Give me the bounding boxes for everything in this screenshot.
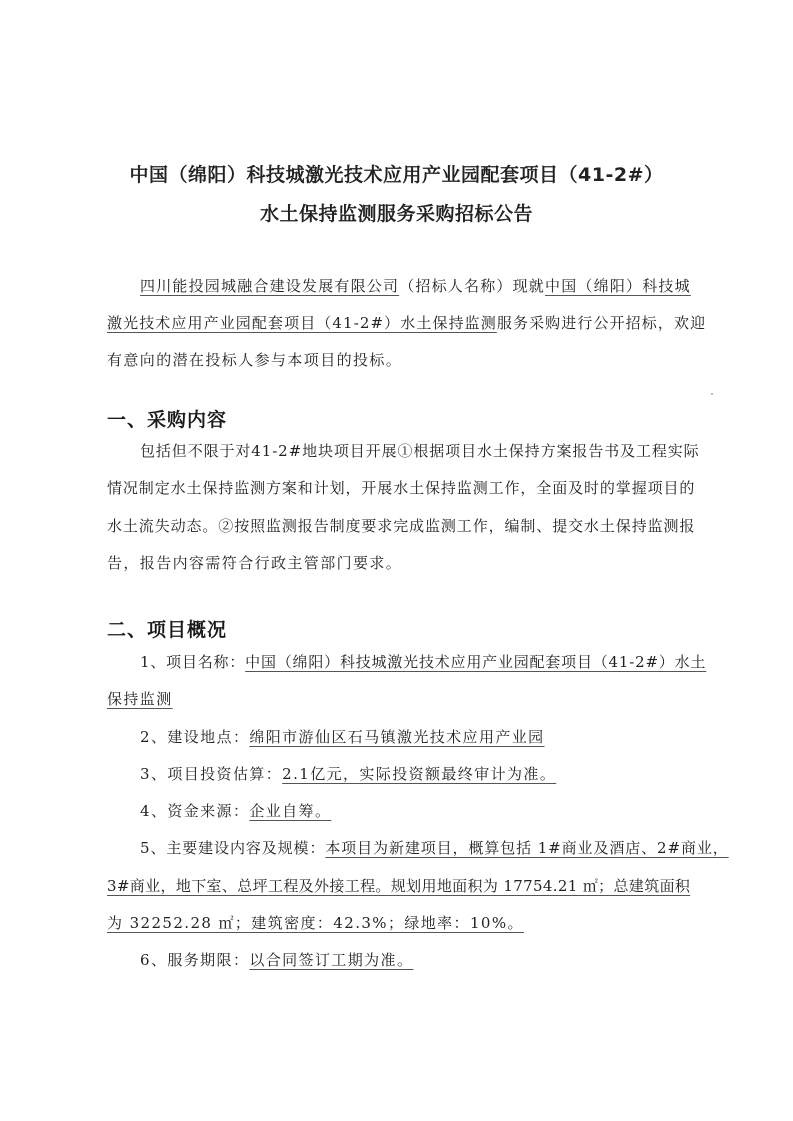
item-investment: 3、项目投资估算：2.1亿元，实际投资额最终审计为准。 [140,764,556,784]
intro-line-3: 有意向的潜在投标人参与本项目的投标。 [107,350,402,370]
item-value: 绵阳市游仙区石马镇激光技术应用产业园 [249,728,544,746]
item-label: 5、主要建设内容及规模： [140,839,325,857]
section-2-heading: 二、项目概况 [107,615,227,642]
item-label: 6、服务期限： [140,951,249,969]
project-name-part-2: 激光技术应用产业园配套项目（41-2#）水土保持监测 [107,314,497,332]
item-label: 2、建设地点： [140,728,249,746]
item-value: 3#商业，地下室、总坪工程及外接工程。规划用地面积为 17754.21 ㎡；总建… [107,877,690,895]
item-project-name: 1、项目名称：中国（绵阳）科技城激光技术应用产业园配套项目（41-2#）水土 [140,652,706,672]
intro-plain-text: 服务采购进行公开招标，欢迎 [497,314,706,332]
item-scope-cont-2: 为 32252.28 ㎡；建筑密度：42.3%；绿地率：10%。 [107,913,524,933]
document-title-line-1: 中国（绵阳）科技城激光技术应用产业园配套项目（41-2#） [0,160,793,187]
item-scope-cont-1: 3#商业，地下室、总坪工程及外接工程。规划用地面积为 17754.21 ㎡；总建… [107,876,690,896]
intro-line-2: 激光技术应用产业园配套项目（41-2#）水土保持监测服务采购进行公开招标，欢迎 [107,313,706,333]
document-page: 中国（绵阳）科技城激光技术应用产业园配套项目（41-2#） 水土保持监测服务采购… [0,0,793,1121]
item-funding: 4、资金来源：企业自筹。 [140,801,331,821]
section-1-line-3: 水土流失动态。②按照监测报告制度要求完成监测工作，编制、提交水土保持监测报 [107,516,695,536]
item-value: 为 32252.28 ㎡；建筑密度：42.3%；绿地率：10%。 [107,914,524,932]
item-service-period: 6、服务期限：以合同签订工期为准。 [140,950,413,970]
tenderer-name: 四川能投园城融合建设发展有限公司 [140,277,399,295]
document-title-line-2: 水土保持监测服务采购招标公告 [0,199,793,226]
item-value: 保持监测 [107,690,173,708]
item-label: 1、项目名称： [140,653,245,671]
item-label: 3、项目投资估算： [140,765,282,783]
item-value: 2.1亿元，实际投资额最终审计为准。 [282,765,556,783]
item-label: 4、资金来源： [140,802,249,820]
scan-speck [711,393,713,395]
item-location: 2、建设地点：绵阳市游仙区石马镇激光技术应用产业园 [140,727,545,747]
intro-line-1: 四川能投园城融合建设发展有限公司（招标人名称）现就中国（绵阳）科技城 [140,276,691,296]
section-1-line-4: 告，报告内容需符合行政主管部门要求。 [107,553,402,573]
item-value: 中国（绵阳）科技城激光技术应用产业园配套项目（41-2#）水土 [245,653,706,671]
item-scope: 5、主要建设内容及规模：本项目为新建项目，概算包括 1#商业及酒店、2#商业， [140,838,729,858]
section-1-line-2: 情况制定水土保持监测方案和计划，开展水土保持监测工作，全面及时的掌握项目的 [107,478,695,498]
section-1-line-1: 包括但不限于对41-2#地块项目开展①根据项目水土保持方案报告书及工程实际 [140,441,700,461]
item-value: 本项目为新建项目，概算包括 1#商业及酒店、2#商业， [325,839,728,857]
item-value: 以合同签订工期为准。 [249,951,413,969]
item-project-name-cont: 保持监测 [107,689,173,709]
item-value: 企业自筹。 [249,802,331,820]
section-1-heading: 一、采购内容 [107,405,227,432]
tenderer-label: （招标人名称）现就 [399,277,545,295]
project-name-part-1: 中国（绵阳）科技城 [545,277,691,295]
